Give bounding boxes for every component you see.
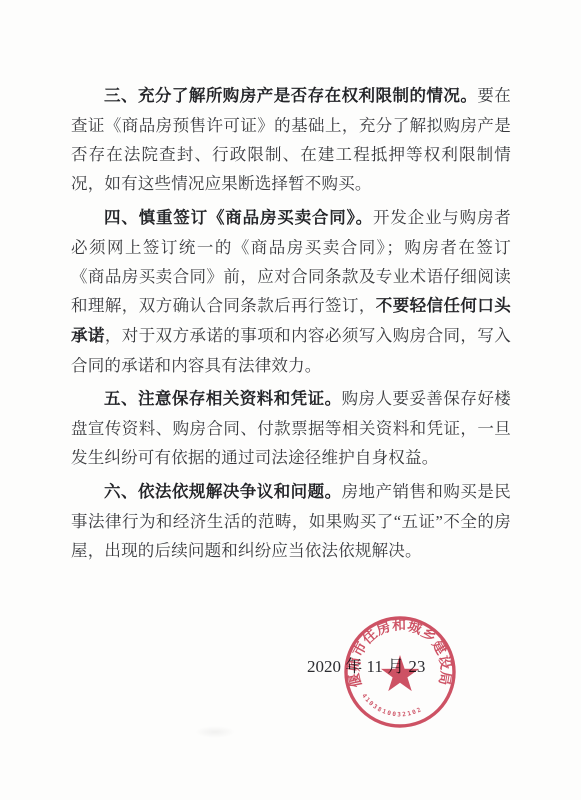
paragraph-4-text-tail: ，对于双方承诺的事项和内容必须写入购房合同，写入合同的承诺和内容具有法律效力。 bbox=[71, 326, 511, 375]
paragraph-4-heading: 四、慎重签订《商品房买卖合同》。 bbox=[104, 209, 373, 227]
document-page: 三、充分了解所购房产是否存在权利限制的情况。要在查证《商品房预售许可证》的基础上… bbox=[0, 0, 581, 800]
document-body: 三、充分了解所购房产是否存在权利限制的情况。要在查证《商品房预售许可证》的基础上… bbox=[71, 81, 511, 570]
seal-serial-text: 4103810032102 bbox=[360, 692, 424, 718]
paragraph-item-6: 六、依法依规解决争议和问题。房地产销售和购买是民事法律行为和经济生活的范畴，如果… bbox=[71, 477, 511, 566]
paragraph-item-4: 四、慎重签订《商品房买卖合同》。开发企业与购房者必须网上签订统一的《商品房买卖合… bbox=[71, 203, 511, 380]
seal-star-icon bbox=[381, 655, 419, 691]
paragraph-item-3: 三、充分了解所购房产是否存在权利限制的情况。要在查证《商品房预售许可证》的基础上… bbox=[71, 81, 511, 199]
paragraph-3-heading: 三、充分了解所购房产是否存在权利限制的情况。 bbox=[104, 87, 477, 105]
official-seal: 偃师市住房和城乡建设局 4103810032102 bbox=[340, 612, 460, 732]
paragraph-5-heading: 五、注意保存相关资料和凭证。 bbox=[104, 390, 342, 408]
svg-text:4103810032102: 4103810032102 bbox=[360, 692, 424, 718]
paragraph-item-5: 五、注意保存相关资料和凭证。购房人要妥善保存好楼盘宣传资料、购房合同、付款票据等… bbox=[71, 384, 511, 473]
paragraph-6-heading: 六、依法依规解决争议和问题。 bbox=[104, 483, 342, 501]
scan-smudge bbox=[195, 726, 235, 738]
